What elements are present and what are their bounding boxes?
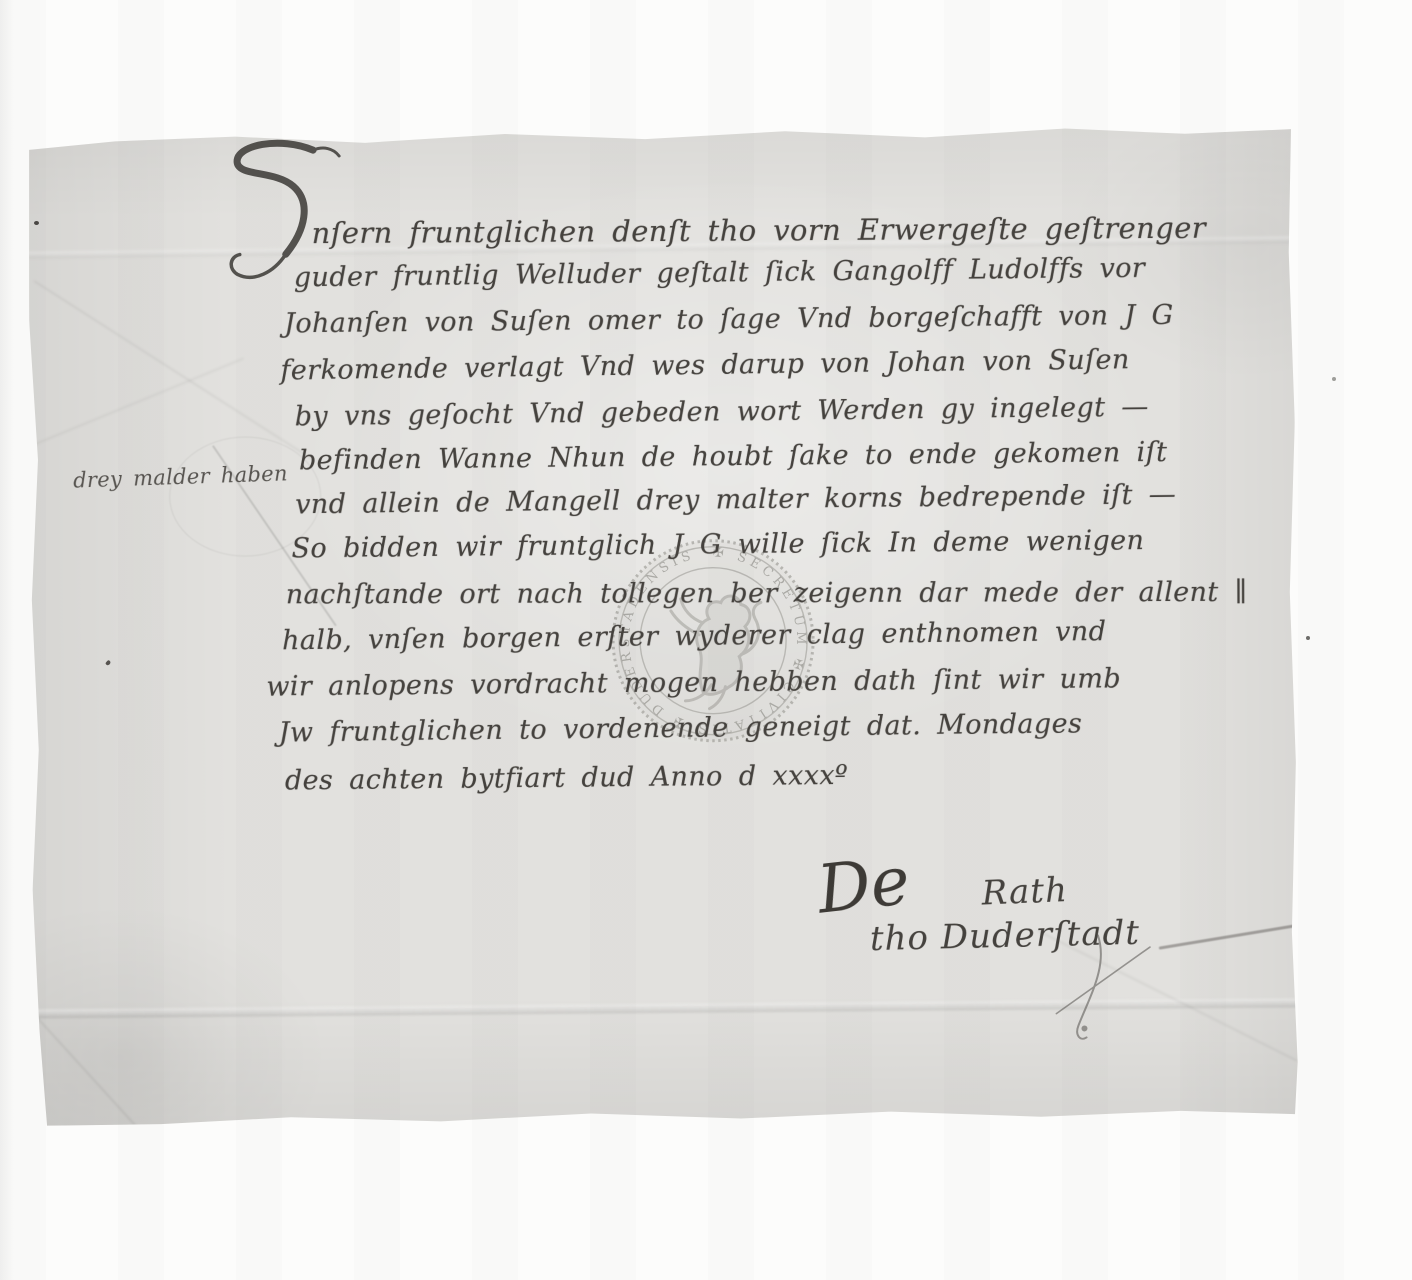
line-1-text: nſern fruntglichen denſt tho vorn Erwerg…	[311, 211, 1206, 250]
manuscript-line-7: vnd allein de Mangell drey malter korns …	[295, 479, 1176, 520]
manuscript-line-13: des achten bytfiart dud Anno d xxxxº	[285, 760, 848, 796]
manuscript-line-8: So bidden wir fruntglich J G wille ſick …	[291, 525, 1144, 564]
manuscript-line-11: wir anlopens vordracht mogen hebben dath…	[266, 663, 1121, 702]
ink-speck	[105, 660, 111, 666]
scanner-edge-shadow	[0, 0, 14, 1280]
manuscript-line-10: halb, vnſen borgen erſter wyderer clag e…	[282, 616, 1107, 656]
dust-speck	[34, 221, 39, 225]
manuscript-line-1: nſern fruntglichen denſt tho vorn Erwerg…	[311, 211, 1206, 250]
dust-speck	[1332, 377, 1336, 381]
signature-rath: Rath	[981, 870, 1069, 914]
diagonal-crease-lower-left	[36, 1016, 149, 1139]
signature-initial-de: De	[814, 842, 914, 929]
dust-speck	[1306, 636, 1310, 640]
signature-paraph	[1038, 929, 1169, 1050]
manuscript-line-4: ferkomende verlagt Vnd wes darup von Joh…	[280, 344, 1130, 386]
scanned-manuscript-page: ✠ SECRETUM ✠ CIVITATIS ✠ DUDERSTADENSIS …	[0, 0, 1412, 1280]
signature-flourish	[1159, 922, 1307, 949]
manuscript-paper-sheet: ✠ SECRETUM ✠ CIVITATIS ✠ DUDERSTADENSIS …	[25, 122, 1303, 1128]
diagonal-crease-upper-left	[33, 280, 312, 460]
manuscript-line-2: guder fruntlig Welluder geſtalt ſick Gan…	[294, 253, 1146, 294]
diagonal-crease-left	[31, 357, 244, 446]
manuscript-line-3: Johanſen von Suſen omer to ſage Vnd borg…	[284, 300, 1174, 340]
manuscript-line-5: by vns geſocht Vnd gebeden wort Werden g…	[295, 392, 1149, 433]
margin-note-circle	[169, 436, 322, 557]
manuscript-line-6: befinden Wanne Nhun de houbt ſake to end…	[299, 437, 1168, 476]
manuscript-line-12: Jw fruntglichen to vordenende geneigt da…	[278, 708, 1082, 748]
manuscript-line-9: nachſtande ort nach tollegen ber zeigenn…	[286, 577, 1248, 611]
